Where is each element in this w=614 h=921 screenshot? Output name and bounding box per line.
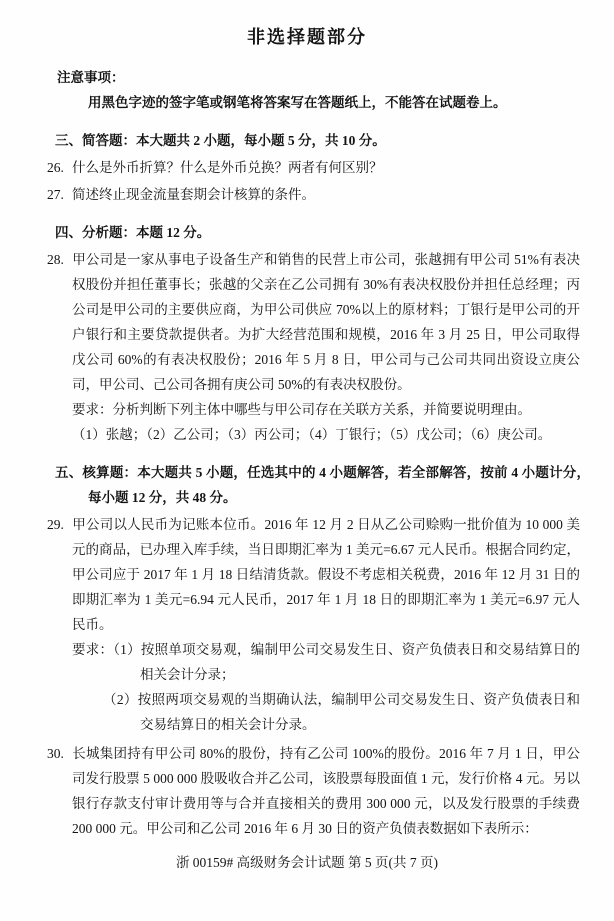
exam-page: 非选择题部分 注意事项： 用黑色字迹的签字笔或钢笔将答案写在答题纸上，不能答在试… xyxy=(0,0,614,921)
page-footer: 浙 00159# 高级财务会计试题 第 5 页(共 7 页) xyxy=(0,853,614,873)
notice-text: 用黑色字迹的签字笔或钢笔将答案写在答题纸上，不能答在试题卷上。 xyxy=(0,90,614,115)
question-26: 26.什么是外币折算？什么是外币兑换？两者有何区别？ xyxy=(0,155,614,180)
question-26-text: 什么是外币折算？什么是外币兑换？两者有何区别？ xyxy=(72,160,383,175)
question-28-number: 28. xyxy=(47,247,72,272)
question-28-party-list: （1）张越；（2）乙公司；（3）丙公司；（4）丁银行；（5）戊公司；（6）庚公司… xyxy=(0,422,614,447)
question-30: 30.长城集团持有甲公司 80%的股份，持有乙公司 100%的股份。2016 年… xyxy=(0,741,614,841)
question-28: 28.甲公司是一家从事电子设备生产和销售的民营上市公司，张越拥有甲公司 51%有… xyxy=(0,247,614,397)
question-29-requirement-item-2: （2）按照两项交易观的当期确认法，编制甲公司交易发生日、资产负债表日和交易结算日… xyxy=(103,692,580,732)
question-29-requirement-label: 要求： xyxy=(72,642,113,657)
question-29-requirement-2: （2）按照两项交易观的当期确认法，编制甲公司交易发生日、资产负债表日和交易结算日… xyxy=(0,687,614,737)
question-27-text: 简述终止现金流量套期会计核算的条件。 xyxy=(72,187,315,202)
question-29: 29.甲公司以人民币为记账本位币。2016 年 12 月 2 日从乙公司赊购一批… xyxy=(0,512,614,637)
question-29-number: 29. xyxy=(47,512,72,537)
notice-label: 注意事项： xyxy=(0,65,614,90)
question-26-number: 26. xyxy=(47,155,72,180)
question-29-requirement-item-1: （1）按照单项交易观，编制甲公司交易发生日、资产负债表日和交易结算日的相关会计分… xyxy=(113,642,580,682)
section-analysis-header: 四、分析题：本题 12 分。 xyxy=(0,220,614,245)
section-shortanswer-header: 三、简答题：本大题共 2 小题，每小题 5 分，共 10 分。 xyxy=(0,128,614,153)
question-30-number: 30. xyxy=(47,741,72,766)
question-28-requirement: 要求：分析判断下列主体中哪些与甲公司存在关联方关系，并简要说明理由。 xyxy=(0,397,614,422)
page-title: 非选择题部分 xyxy=(0,24,614,50)
question-29-requirement-1: 要求：（1）按照单项交易观，编制甲公司交易发生日、资产负债表日和交易结算日的相关… xyxy=(0,637,614,687)
question-30-text: 长城集团持有甲公司 80%的股份，持有乙公司 100%的股份。2016 年 7 … xyxy=(72,746,580,836)
question-27: 27.简述终止现金流量套期会计核算的条件。 xyxy=(0,182,614,207)
question-28-text: 甲公司是一家从事电子设备生产和销售的民营上市公司，张越拥有甲公司 51%有表决权… xyxy=(72,252,580,392)
section-accounting-header: 五、核算题：本大题共 5 小题，任选其中的 4 小题解答，若全部解答，按前 4 … xyxy=(0,460,614,510)
question-27-number: 27. xyxy=(47,182,72,207)
question-29-text: 甲公司以人民币为记账本位币。2016 年 12 月 2 日从乙公司赊购一批价值为… xyxy=(72,517,580,632)
